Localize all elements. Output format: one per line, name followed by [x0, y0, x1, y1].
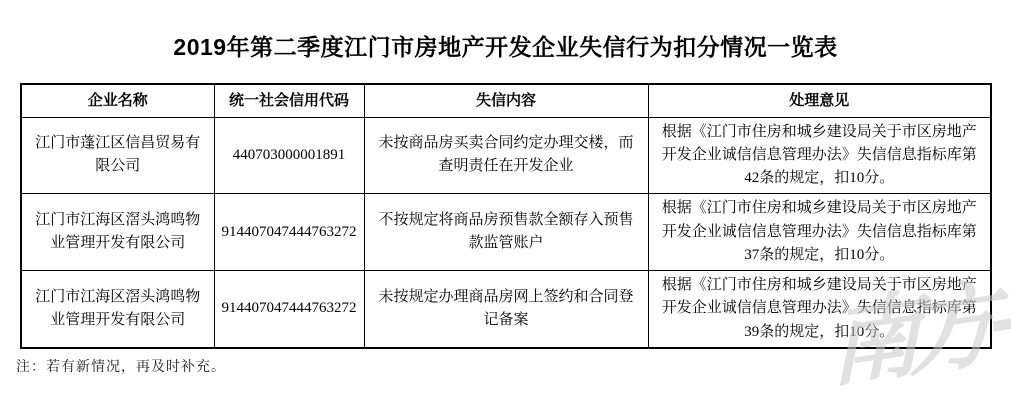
cell-handling: 根据《江门市住房和城乡建设局关于市区房地产开发企业诚信信息管理办法》失信信息指标… — [648, 117, 991, 194]
credit-deduction-table: 企业名称 统一社会信用代码 失信内容 处理意见 江门市蓬江区信昌贸易有限公司 4… — [20, 83, 992, 349]
cell-company: 江门市江海区滘头鸿鸣物业管理开发有限公司 — [21, 271, 214, 348]
cell-violation: 未按规定办理商品房网上签约和合同登记备案 — [364, 271, 648, 348]
table-row: 江门市江海区滘头鸿鸣物业管理开发有限公司 914407047444763272 … — [21, 194, 991, 271]
cell-violation: 不按规定将商品房预售款全额存入预售款监管账户 — [364, 194, 648, 271]
cell-handling: 根据《江门市住房和城乡建设局关于市区房地产开发企业诚信信息管理办法》失信信息指标… — [648, 194, 991, 271]
footnote: 注：若有新情况，再及时补充。 — [16, 356, 226, 376]
cell-credit-code: 440703000001891 — [214, 117, 364, 194]
page-title: 2019年第二季度江门市房地产开发企业失信行为扣分情况一览表 — [0, 29, 1011, 62]
table-header-row: 企业名称 统一社会信用代码 失信内容 处理意见 — [21, 84, 991, 117]
header-credit-code: 统一社会信用代码 — [214, 84, 364, 117]
cell-credit-code: 914407047444763272 — [214, 194, 364, 271]
table-row: 江门市江海区滘头鸿鸣物业管理开发有限公司 914407047444763272 … — [21, 271, 991, 348]
cell-violation: 未按商品房买卖合同约定办理交楼，而查明责任在开发企业 — [364, 117, 648, 194]
cell-handling: 根据《江门市住房和城乡建设局关于市区房地产开发企业诚信信息管理办法》失信信息指标… — [648, 271, 991, 348]
cell-company: 江门市蓬江区信昌贸易有限公司 — [21, 117, 214, 194]
header-company: 企业名称 — [21, 84, 214, 117]
cell-company: 江门市江海区滘头鸿鸣物业管理开发有限公司 — [21, 194, 214, 271]
header-handling: 处理意见 — [648, 84, 991, 117]
cell-credit-code: 914407047444763272 — [214, 271, 364, 348]
table-row: 江门市蓬江区信昌贸易有限公司 440703000001891 未按商品房买卖合同… — [21, 117, 991, 194]
header-violation: 失信内容 — [364, 84, 648, 117]
